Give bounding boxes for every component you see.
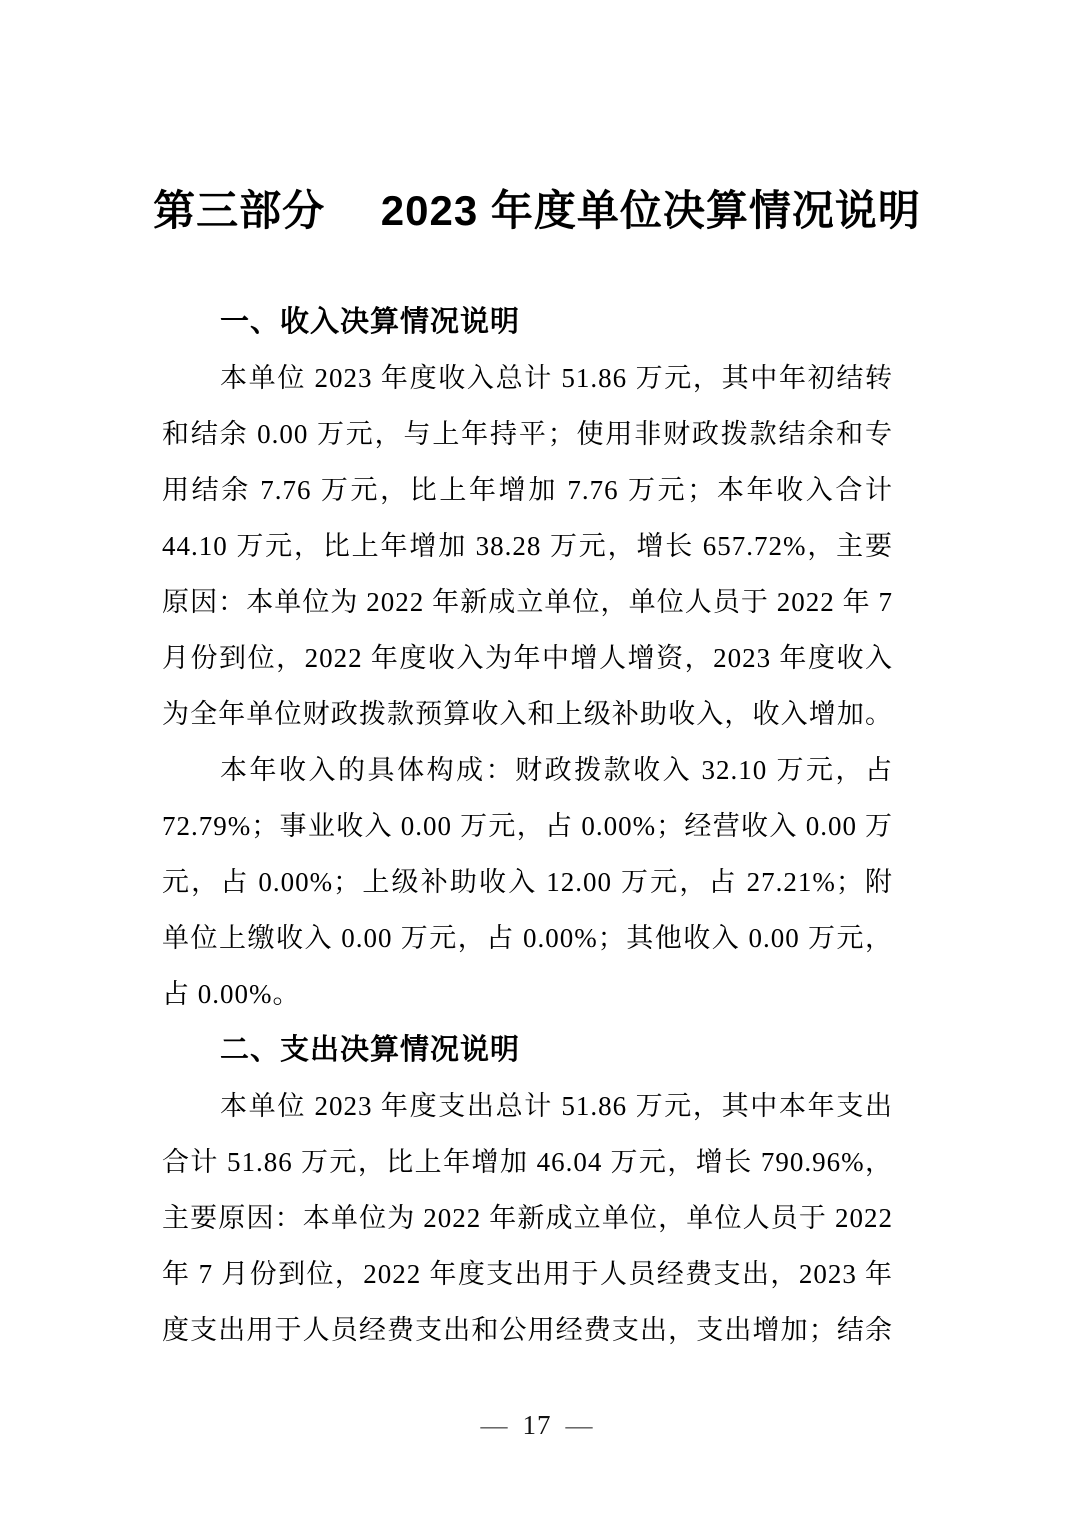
paragraph-line: 主要原因：本单位为 2022 年新成立单位，单位人员于 2022: [162, 1190, 893, 1246]
footer-left-dash: —: [467, 1410, 523, 1440]
paragraph-line: 44.10 万元，比上年增加 38.28 万元，增长 657.72%，主要: [162, 518, 893, 574]
paragraph-line: 合计 51.86 万元，比上年增加 46.04 万元，增长 790.96%，: [162, 1134, 893, 1190]
paragraph-line: 用结余 7.76 万元，比上年增加 7.76 万元；本年收入合计: [162, 462, 893, 518]
paragraph-line: 和结余 0.00 万元，与上年持平；使用非财政拨款结余和专: [162, 406, 893, 462]
paragraph-line: 本单位 2023 年度支出总计 51.86 万元，其中本年支出: [162, 1078, 893, 1134]
paragraph-line: 占 0.00%。: [162, 966, 893, 1022]
paragraph-line: 年 7 月份到位，2022 年度支出用于人员经费支出，2023 年: [162, 1246, 893, 1302]
footer-right-dash: —: [552, 1410, 608, 1440]
page-number: 17: [523, 1410, 552, 1440]
paragraph-line: 为全年单位财政拨款预算收入和上级补助收入，收入增加。: [162, 686, 893, 742]
paragraph-line: 度支出用于人员经费支出和公用经费支出，支出增加；结余: [162, 1302, 893, 1358]
paragraph-line: 72.79%；事业收入 0.00 万元，占 0.00%；经营收入 0.00 万: [162, 798, 893, 854]
paragraph-line: 月份到位，2022 年度收入为年中增人增资，2023 年度收入: [162, 630, 893, 686]
paragraph-line: 本年收入的具体构成：财政拨款收入 32.10 万元，占: [162, 742, 893, 798]
page-footer: —17—: [0, 1399, 1074, 1451]
section-heading-expenditure: 二、支出决算情况说明: [162, 1022, 893, 1078]
paragraph-line: 元，占 0.00%；上级补助收入 12.00 万元，占 27.21%；附属: [162, 854, 893, 910]
page-title: 第三部分 2023 年度单位决算情况说明: [0, 186, 1074, 236]
paragraph-line: 本单位 2023 年度收入总计 51.86 万元，其中年初结转: [162, 350, 893, 406]
section-heading-income: 一、收入决算情况说明: [162, 294, 893, 350]
paragraph-line: 单位上缴收入 0.00 万元，占 0.00%；其他收入 0.00 万元，: [162, 910, 893, 966]
document-body: 一、收入决算情况说明 本单位 2023 年度收入总计 51.86 万元，其中年初…: [162, 294, 893, 1358]
paragraph-line: 原因：本单位为 2022 年新成立单位，单位人员于 2022 年 7: [162, 574, 893, 630]
document-page: { "page": { "background": "#ffffff", "te…: [0, 0, 1074, 1520]
